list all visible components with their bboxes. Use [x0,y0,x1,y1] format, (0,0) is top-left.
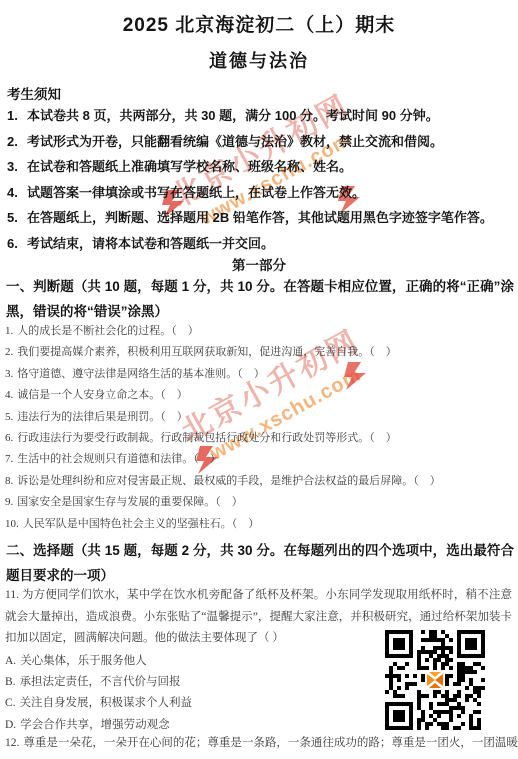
judgment-question: 2.我们要提高媒介素养，积极利用互联网获取新知，促进沟通，完善自我。（ ） [5,342,518,363]
qr-code [385,630,485,730]
notice-item-text: 试题答案一律填涂或书写在答题纸上，在试卷上作答无效。 [27,185,365,200]
question-number: 3. [5,368,13,380]
question-number: 9. [5,496,13,508]
question-text: 人民军队是中国特色社会主义的坚强柱石。（ ） [23,518,260,530]
option-b: B.承担法定责任，不言代价与回报 [5,672,192,693]
judgment-section-heading: 一、判断题（共 10 题，每题 1 分，共 10 分。在答题卡相应位置，正确的将… [6,274,514,324]
question-text: 行政违法行为要受行政制裁。行政制裁包括行政处分和行政处罚等形式。（ ） [17,432,397,444]
judgment-question: 8.诉讼是处理纠纷和应对侵害最正规、最权威的手段，是维护合法权益的最后屏障。（ … [5,471,518,492]
question-text: 诚信是一个人安身立命之本。（ ） [17,389,188,401]
question-number: 12. [5,737,19,749]
question-number: 2. [5,346,13,358]
option-text: 关心集体，乐于服务他人 [20,655,147,667]
question-text: 国家安全是国家生存与发展的重要保障。（ ） [17,496,243,508]
judgment-question: 7.生活中的社会规则只有道德和法律。（ ） [5,449,518,470]
question-text: 生活中的社会规则只有道德和法律。（ ） [17,453,221,465]
page-title: 2025 北京海淀初二（上）期末 [0,10,518,37]
exam-paper-page: 北京小升初网 www.xschu.com 北京小升初网 www.xschu.co… [0,0,518,759]
notice-heading: 考生须知 [7,83,61,103]
judgment-question: 9.国家安全是国家生存与发展的重要保障。（ ） [5,492,518,513]
judgment-question: 1.人的成长是不断社会化的过程。（ ） [5,321,518,342]
question-number: 11. [5,589,19,601]
judgment-question: 3.恪守道德、遵守法律是网络生活的基本准则。（ ） [5,364,518,385]
option-letter: B. [5,676,16,688]
judgment-question: 4.诚信是一个人安身立命之本。（ ） [5,385,518,406]
judgment-question: 6.行政违法行为要受行政制裁。行政制裁包括行政处分和行政处罚等形式。（ ） [5,428,518,449]
question-text: 违法行为的法律后果是刑罚。（ ） [17,411,188,423]
option-a: A.关心集体，乐于服务他人 [5,651,192,672]
question-text: 我们要提高媒介素养，积极利用互联网获取新知，促进沟通，完善自我。（ ） [17,346,397,358]
option-text: 关注自身发展，积极谋求个人利益 [20,697,193,709]
notice-item-number: 5. [7,205,27,231]
notice-item: 5.在答题纸上，判断题、选择题用 2B 铅笔作答，其他试题用黑色字迹签字笔作答。 [7,205,514,231]
option-text: 承担法定责任，不言代价与回报 [20,676,181,688]
notice-list: 1.本试卷共 8 页，共两部分，共 30 题，满分 100 分。考试时间 90 … [7,103,514,256]
notice-item-number: 1. [7,103,27,129]
question-number: 8. [5,475,13,487]
notice-item-text: 本试卷共 8 页，共两部分，共 30 题，满分 100 分。考试时间 90 分钟… [27,108,439,123]
question-11-options: A.关心集体，乐于服务他人 B.承担法定责任，不言代价与回报 C.关注自身发展，… [5,651,192,736]
notice-item-number: 4. [7,180,27,206]
notice-item: 1.本试卷共 8 页，共两部分，共 30 题，满分 100 分。考试时间 90 … [7,103,514,129]
notice-item: 4.试题答案一律填涂或书写在答题纸上，在试卷上作答无效。 [7,180,514,206]
question-number: 4. [5,389,13,401]
notice-item-text: 考试结束，请将本试卷和答题纸一并交回。 [27,236,274,251]
notice-item-number: 2. [7,129,27,155]
notice-item: 3.在试卷和答题纸上准确填写学校名称、班级名称、姓名。 [7,154,514,180]
question-text: 诉讼是处理纠纷和应对侵害最正规、最权威的手段，是维护合法权益的最后屏障。（ ） [17,475,441,487]
notice-item-number: 3. [7,154,27,180]
option-letter: A. [5,655,16,667]
option-letter: C. [5,697,16,709]
question-12: 12.尊重是一朵花，一朵开在心间的花；尊重是一条路，一条通往成功的路；尊重是一团… [5,733,518,754]
option-c: C.关注自身发展，积极谋求个人利益 [5,693,192,714]
notice-item-text: 在试卷和答题纸上准确填写学校名称、班级名称、姓名。 [27,159,352,174]
question-text: 人的成长是不断社会化的过程。（ ） [17,325,199,337]
notice-item: 2.考试形式为开卷，只能翻看统编《道德与法治》教材，禁止交流和借阅。 [7,129,514,155]
option-text: 学会合作共享，增强劳动观念 [20,719,170,731]
question-number: 7. [5,453,13,465]
choice-section-heading: 二、选择题（共 15 题，每题 2 分，共 30 分。在每题列出的四个选项中，选… [6,538,514,588]
question-text: 恪守道德、遵守法律是网络生活的基本准则。（ ） [17,368,265,380]
question-number: 1. [5,325,13,337]
option-letter: D. [5,719,16,731]
question-number: 10. [5,518,19,530]
notice-item-number: 6. [7,231,27,257]
question-text: 尊重是一朵花，一朵开在心间的花；尊重是一条路，一条通往成功的路；尊重是一团火，一… [23,737,518,749]
judgment-question-list: 1.人的成长是不断社会化的过程。（ ） 2.我们要提高媒介素养，积极利用互联网获… [5,321,518,535]
judgment-question: 5.违法行为的法律后果是刑罚。（ ） [5,407,518,428]
part1-heading: 第一部分 [0,254,518,274]
judgment-question: 10.人民军队是中国特色社会主义的坚强柱石。（ ） [5,514,518,535]
notice-item: 6.考试结束，请将本试卷和答题纸一并交回。 [7,231,514,257]
notice-item-text: 考试形式为开卷，只能翻看统编《道德与法治》教材，禁止交流和借阅。 [27,134,443,149]
page-subtitle: 道德与法治 [0,47,518,73]
question-number: 6. [5,432,13,444]
notice-item-text: 在答题纸上，判断题、选择题用 2B 铅笔作答，其他试题用黑色字迹签字笔作答。 [27,210,493,225]
question-number: 5. [5,411,13,423]
